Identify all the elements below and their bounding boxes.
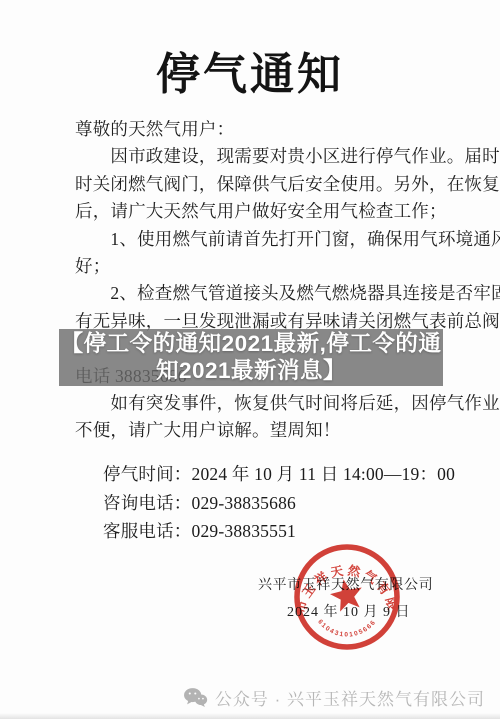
body-line: 1、使用燃气前请首先打开门窗，确保用气环境通风良 — [75, 226, 439, 253]
footer-account-text: 公众号 · 兴平玉祥天然气有限公司 — [215, 685, 485, 710]
page-title: 停气通知 — [0, 50, 500, 101]
wechat-icon — [183, 687, 208, 708]
wechat-footer: 公众号 · 兴平玉祥天然气有限公司 — [183, 685, 485, 709]
seal-serial-number: 6104310105666 — [316, 618, 378, 638]
company-seal-icon: 兴平市玉祥天然气有限公司 6104310105666 — [292, 541, 402, 653]
body-line: 不便，请广大用户谅解。望周知！ — [75, 417, 439, 444]
notice-body: 尊敬的天然气用户： 因市政建设，现需要对贵小区进行停气作业。届时请及 时关闭燃气… — [75, 116, 439, 445]
seal-star-icon — [328, 576, 366, 613]
caption-overlay: 【停工令的通知2021最新,停工令的通 知2021最新消息】 — [59, 329, 443, 386]
body-line: 后，请广大天然气用户做好安全用气检查工作； — [75, 198, 439, 225]
notice-info: 停气时间：2024 年 10 月 11 日 14:00—19：00 咨询电话：0… — [103, 460, 455, 546]
body-line: 2、检查燃气管道接头及燃气燃烧器具连接是否牢固， — [75, 280, 439, 307]
body-line: 好； — [75, 253, 439, 280]
inquiry-phone-line: 咨询电话：029-38835686 — [103, 489, 455, 518]
caption-line-1: 【停工令的通知2021最新,停工令的通 — [61, 331, 442, 358]
body-line: 尊敬的天然气用户： — [75, 116, 439, 143]
body-line: 因市政建设，现需要对贵小区进行停气作业。届时请及 — [75, 143, 439, 170]
body-line: 时关闭燃气阀门，保障供气后安全使用。另外，在恢复供气 — [75, 171, 439, 198]
svg-text:6104310105666: 6104310105666 — [316, 618, 378, 638]
body-line: 如有突发事件，恢复供气时间将后延，因停气作业造成 — [75, 390, 439, 417]
service-phone-line: 客服电话：029-38835551 — [103, 517, 455, 546]
stop-time-line: 停气时间：2024 年 10 月 11 日 14:00—19：00 — [103, 460, 455, 489]
notice-document: 停气通知 尊敬的天然气用户： 因市政建设，现需要对贵小区进行停气作业。届时请及 … — [0, 0, 500, 719]
caption-line-2: 知2021最新消息】 — [156, 358, 346, 385]
